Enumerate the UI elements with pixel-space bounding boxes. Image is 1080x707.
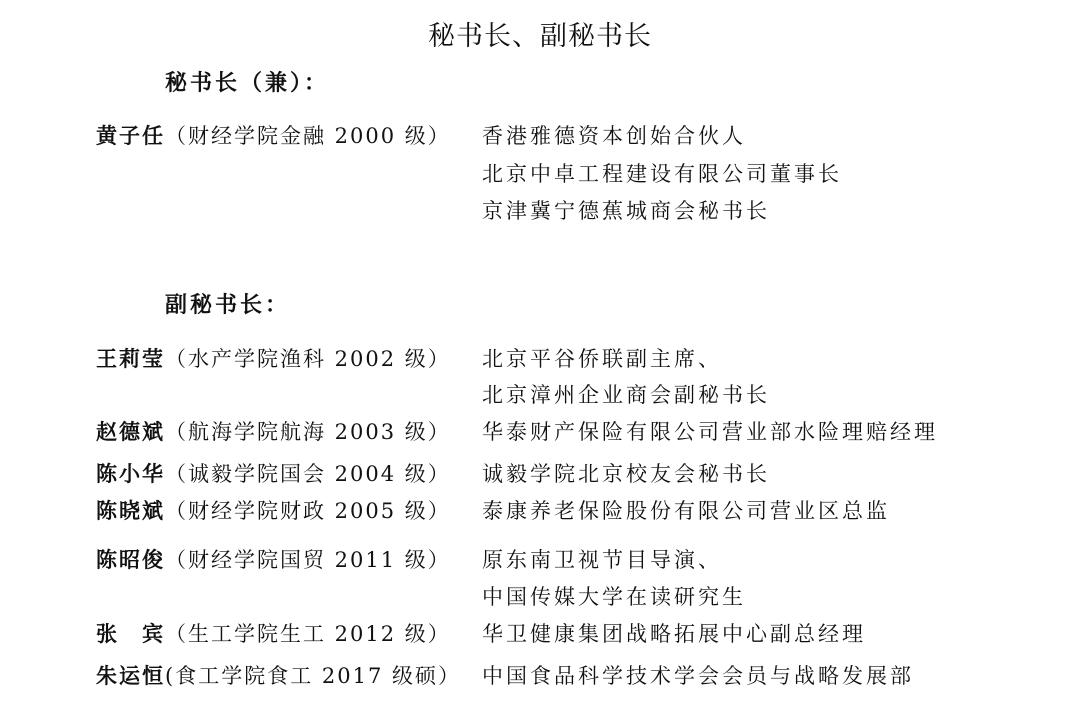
- member-row: 张 宾（生工学院生工 2012 级）: [96, 618, 451, 648]
- member-role: 中国食品科学技术学会会员与战略发展部: [482, 660, 914, 690]
- member-name: 陈晓斌: [96, 498, 165, 523]
- page-title: 秘书长、副秘书长: [0, 14, 1080, 53]
- member-row: 赵德斌（航海学院航海 2003 级）: [96, 416, 451, 446]
- member-affiliation: （诚毅学院国会 2004 级）: [165, 462, 451, 486]
- member-name: 陈昭俊: [96, 547, 165, 572]
- member-name: 张 宾: [96, 621, 165, 646]
- member-name: 朱运恒: [96, 663, 165, 688]
- member-role: 中国传媒大学在读研究生: [482, 581, 746, 611]
- member-row: 陈昭俊（财经学院国贸 2011 级）: [96, 544, 451, 574]
- member-role: 诚毅学院北京校友会秘书长: [482, 458, 770, 488]
- member-affiliation: （生工学院生工 2012 级）: [165, 622, 451, 646]
- member-name: 赵德斌: [96, 419, 165, 444]
- member-affiliation: (食工学院食工 2017 级硕）: [165, 664, 461, 688]
- member-row: 陈晓斌（财经学院财政 2005 级）: [96, 495, 451, 525]
- member-affiliation: （水产学院渔科 2002 级）: [165, 347, 451, 371]
- section-heading-deputy-secretary-general: 副秘书长：: [165, 288, 290, 319]
- member-role: 北京平谷侨联副主席、: [482, 343, 722, 373]
- member-role: 华泰财产保险有限公司营业部水险理赔经理: [482, 416, 938, 446]
- member-affiliation: （财经学院金融 2000 级）: [165, 124, 451, 148]
- member-role: 华卫健康集团战略拓展中心副总经理: [482, 618, 866, 648]
- member-row: 朱运恒(食工学院食工 2017 级硕）: [96, 660, 461, 690]
- member-affiliation: （财经学院国贸 2011 级）: [165, 548, 451, 572]
- member-row: 王莉莹（水产学院渔科 2002 级）: [96, 343, 451, 373]
- member-role: 泰康养老保险股份有限公司营业区总监: [482, 495, 890, 525]
- member-affiliation: （航海学院航海 2003 级）: [165, 420, 451, 444]
- member-role: 原东南卫视节目导演、: [482, 544, 722, 574]
- section-heading-secretary-general: 秘书长（兼）：: [165, 66, 329, 97]
- member-role: 北京中卓工程建设有限公司董事长: [482, 158, 842, 188]
- member-name: 黄子任: [96, 123, 165, 148]
- member-affiliation: （财经学院财政 2005 级）: [165, 499, 451, 523]
- member-role: 京津冀宁德蕉城商会秘书长: [482, 195, 770, 225]
- member-row: 黄子任（财经学院金融 2000 级）: [96, 120, 451, 150]
- member-row: 陈小华（诚毅学院国会 2004 级）: [96, 458, 451, 488]
- member-name: 陈小华: [96, 461, 165, 486]
- member-role: 北京漳州企业商会副秘书长: [482, 379, 770, 409]
- member-role: 香港雅德资本创始合伙人: [482, 120, 746, 150]
- member-name: 王莉莹: [96, 346, 165, 371]
